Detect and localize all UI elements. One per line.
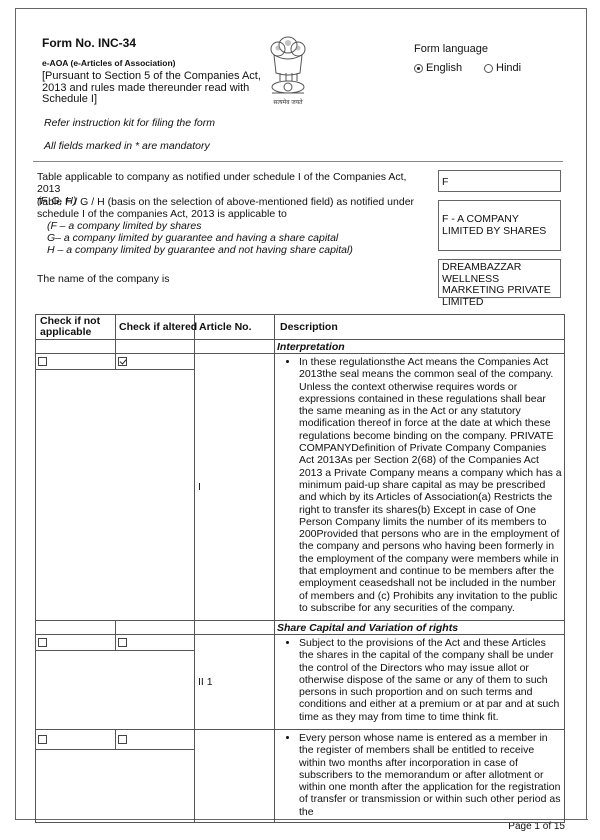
header-altered: Check if altered: [116, 315, 195, 340]
table-row: I In these regulationsthe Act means the …: [36, 354, 565, 370]
checkbox-altered[interactable]: [118, 357, 127, 366]
national-emblem-icon: [266, 33, 310, 107]
pursuant-note: [Pursuant to Section 5 of the Companies …: [42, 71, 272, 106]
language-option-hindi[interactable]: Hindi: [484, 62, 521, 74]
checkbox-altered[interactable]: [118, 638, 127, 647]
article-description: Subject to the provisions of the Act and…: [275, 635, 565, 730]
emblem-caption: सत्यमेव जयते: [266, 98, 310, 106]
article-number: [195, 730, 275, 823]
section-row: Share Capital and Variation of rights: [36, 621, 565, 635]
table-header-row: Check if not applicable Check if altered…: [36, 315, 565, 340]
radio-english-label: English: [426, 62, 462, 74]
table-applicable-field[interactable]: F: [438, 170, 561, 192]
article-number: I: [195, 354, 275, 621]
article-number: II 1: [195, 635, 275, 730]
table-applicable-text: Table applicable to company as notified …: [37, 171, 406, 195]
description-text: In these regulationsthe Act means the Co…: [299, 356, 562, 614]
radio-hindi-label: Hindi: [496, 62, 521, 74]
empty-cell: [36, 750, 195, 823]
table-row: II 1 Subject to the provisions of the Ac…: [36, 635, 565, 651]
form-subtitle: e-AOA (e-Articles of Association): [42, 58, 176, 68]
empty-cell: [36, 651, 195, 730]
company-name-field[interactable]: DREAMBAZZAR WELLNESS MARKETING PRIVATE L…: [438, 259, 561, 298]
empty-cell: [36, 370, 195, 621]
checkbox-altered[interactable]: [118, 735, 127, 744]
section-divider: [33, 161, 563, 162]
table-description-text: Table F / G / H (basis on the selection …: [37, 196, 414, 220]
articles-table: Check if not applicable Check if altered…: [35, 314, 565, 823]
article-description: In these regulationsthe Act means the Co…: [275, 354, 565, 621]
section-row: Interpretation: [36, 340, 565, 354]
section-title: Share Capital and Variation of rights: [275, 621, 565, 635]
company-name-label: The name of the company is: [37, 273, 170, 285]
mandatory-note: All fields marked in * are mandatory: [44, 140, 210, 152]
form-number: Form No. INC-34: [42, 36, 136, 50]
header-article-no: Article No.: [195, 315, 275, 340]
table-row: Every person whose name is entered as a …: [36, 730, 565, 750]
radio-hindi[interactable]: [484, 64, 493, 73]
language-option-english[interactable]: English: [414, 62, 462, 74]
radio-english[interactable]: [414, 64, 423, 73]
table-option-g: G– a company limited by guarantee and ha…: [37, 232, 432, 244]
header-description: Description: [275, 315, 565, 340]
article-description: Every person whose name is entered as a …: [275, 730, 565, 823]
table-description-label: Table F / G / H (basis on the selection …: [37, 196, 432, 256]
table-option-h: H – a company limited by guarantee and n…: [37, 244, 432, 256]
instruction-note: Refer instruction kit for filing the for…: [44, 117, 215, 129]
checkbox-not-applicable[interactable]: [38, 357, 47, 366]
description-text: Subject to the provisions of the Act and…: [299, 637, 562, 723]
header-not-applicable: Check if not applicable: [36, 315, 116, 340]
section-title: Interpretation: [275, 340, 565, 354]
checkbox-not-applicable[interactable]: [38, 638, 47, 647]
table-description-field[interactable]: F - A COMPANY LIMITED BY SHARES: [438, 200, 561, 251]
checkbox-not-applicable[interactable]: [38, 735, 47, 744]
description-text: Every person whose name is entered as a …: [299, 732, 562, 818]
form-language-label: Form language: [414, 43, 488, 55]
table-option-f: (F – a company limited by shares: [37, 220, 432, 232]
